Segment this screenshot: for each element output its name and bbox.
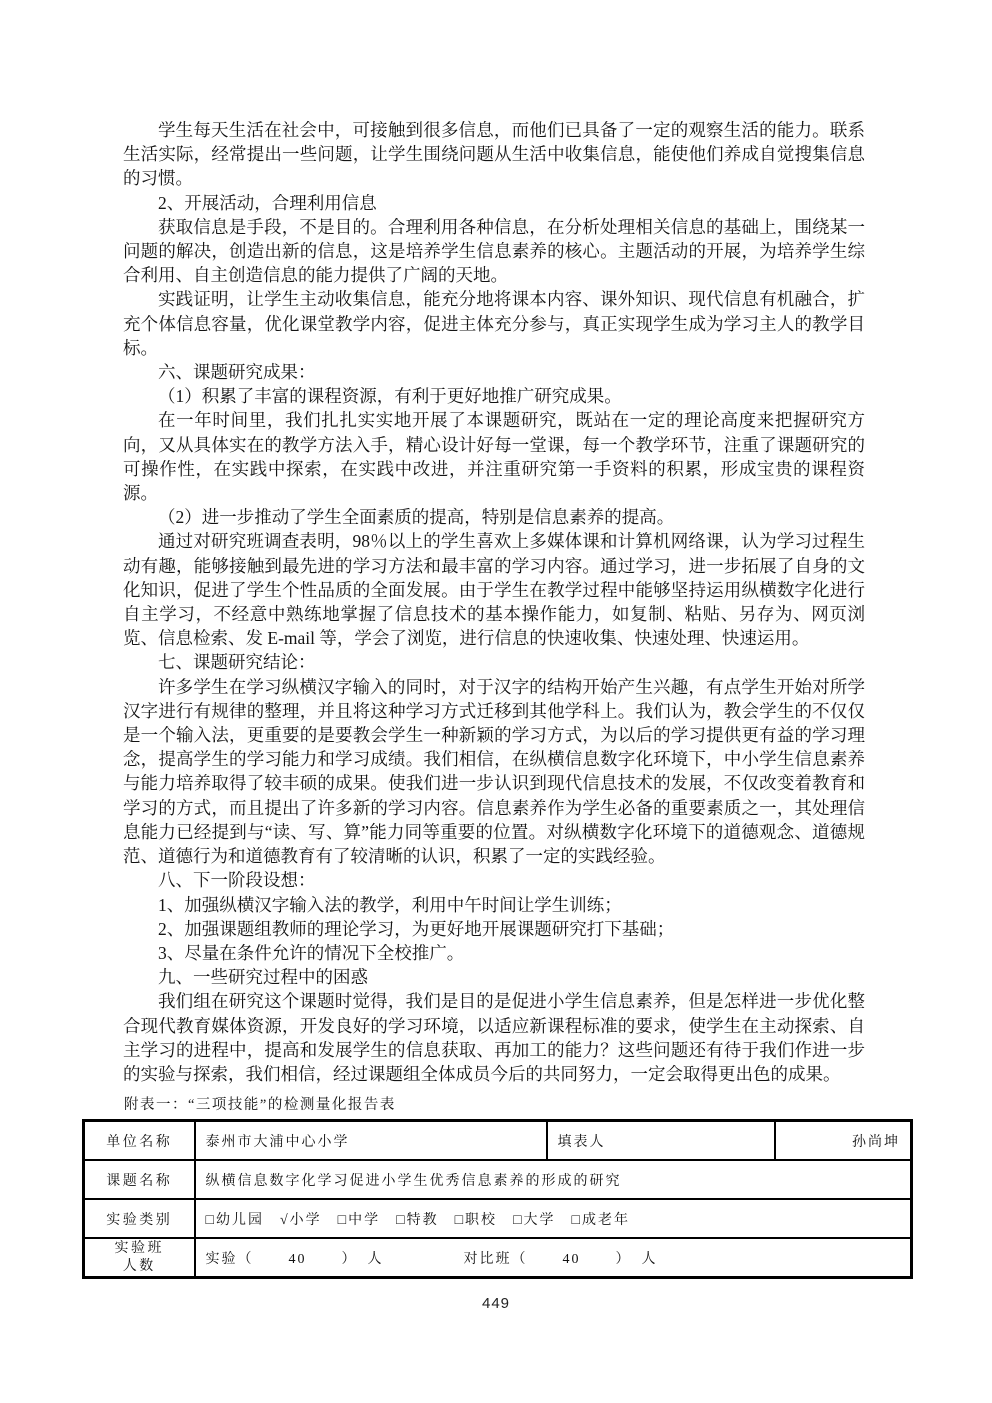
paragraph: （1）积累了丰富的课程资源，有利于更好地推广研究成果。 [123,384,865,408]
checkbox-option-vocational: □职校 [455,1213,497,1228]
class-size-label-line1: 实验班 [95,1240,184,1258]
list-item: 2、加强课题组教师的理论学习，为更好地开展课题研究打下基础； [123,917,865,941]
table-caption: 附表一：“三项技能”的检测量化报告表 [124,1093,992,1114]
contrast-count-suffix: ）人 [616,1252,668,1267]
section-heading: 七、课题研究结论： [123,650,865,674]
experiment-count: 40 [254,1252,342,1268]
topic-label: 课题名称 [84,1160,195,1199]
paragraph: 学生每天生活在社会中，可接触到很多信息，而他们已具备了一定的观察生活的能力。联系… [123,118,865,191]
paragraph: 我们组在研究这个课题时觉得，我们是目的是促进小学生信息素养，但是怎样进一步优化整… [123,989,865,1086]
paragraph: 许多学生在学习纵横汉字输入的同时，对于汉字的结构开始产生兴趣，有点学生开始对所学… [123,675,865,869]
category-label: 实验类别 [84,1199,195,1238]
paragraph: （2）进一步推动了学生全面素质的提高，特别是信息素养的提高。 [123,505,865,529]
section-heading: 八、下一阶段设想： [123,868,865,892]
table-row-class-size: 实验班 人数 实验（40）人对比班（40）人 [84,1238,912,1278]
contrast-count: 40 [528,1252,616,1268]
unit-name-label: 单位名称 [84,1121,195,1161]
checkbox-option-kindergarten: □幼儿园 [206,1213,264,1228]
experiment-count-suffix: ）人 [342,1252,394,1267]
report-table: 单位名称 泰州市大浦中心小学 填表人 孙尚坤 课题名称 纵横信息数字化学习促进小… [82,1119,913,1279]
document-page: 学生每天生活在社会中，可接触到很多信息，而他们已具备了一定的观察生活的能力。联系… [0,0,992,1312]
category-options: □幼儿园√小学□中学□特教□职校□大学□成老年 [195,1199,912,1238]
class-size-label-line2: 人数 [95,1258,184,1276]
section-heading: 六、课题研究成果： [123,360,865,384]
class-size-values: 实验（40）人对比班（40）人 [195,1238,912,1278]
section-heading: 九、一些研究过程中的困惑 [123,965,865,989]
checkbox-option-university: □大学 [513,1213,555,1228]
list-item: 1、加强纵横汉字输入法的教学，利用中午时间让学生训练； [123,893,865,917]
class-size-label: 实验班 人数 [84,1238,195,1278]
table-row-topic: 课题名称 纵横信息数字化学习促进小学生优秀信息素养的形成的研究 [84,1160,912,1199]
paragraph: 获取信息是手段，不是目的。合理利用各种信息，在分析处理相关信息的基础上，围绕某一… [123,215,865,288]
paragraph: 通过对研究班调查表明，98％以上的学生喜欢上多媒体课和计算机网络课，认为学习过程… [123,529,865,650]
checkbox-option-adult-senior: □成老年 [572,1213,630,1228]
topic-value: 纵横信息数字化学习促进小学生优秀信息素养的形成的研究 [195,1160,912,1199]
contrast-count-prefix: 对比班（ [464,1252,528,1267]
paragraph: 2、开展活动，合理利用信息 [123,191,865,215]
experiment-count-prefix: 实验（ [206,1252,254,1267]
table-row-unit: 单位名称 泰州市大浦中心小学 填表人 孙尚坤 [84,1121,912,1161]
list-item: 3、尽量在条件允许的情况下全校推广。 [123,941,865,965]
unit-name-value: 泰州市大浦中心小学 [195,1121,547,1161]
form-filler-label: 填表人 [547,1121,775,1161]
paragraph: 在一年时间里，我们扎扎实实地开展了本课题研究，既站在一定的理论高度来把握研究方向… [123,408,865,505]
page-number: 449 [0,1295,992,1312]
form-filler-value: 孙尚坤 [775,1121,912,1161]
checkbox-option-special: □特教 [396,1213,438,1228]
checkbox-option-middle: □中学 [338,1213,380,1228]
body-text: 学生每天生活在社会中，可接触到很多信息，而他们已具备了一定的观察生活的能力。联系… [0,0,992,1086]
checkbox-option-primary-checked: √小学 [280,1213,322,1228]
table-row-category: 实验类别 □幼儿园√小学□中学□特教□职校□大学□成老年 [84,1199,912,1238]
paragraph: 实践证明，让学生主动收集信息，能充分地将课本内容、课外知识、现代信息有机融合，扩… [123,287,865,360]
